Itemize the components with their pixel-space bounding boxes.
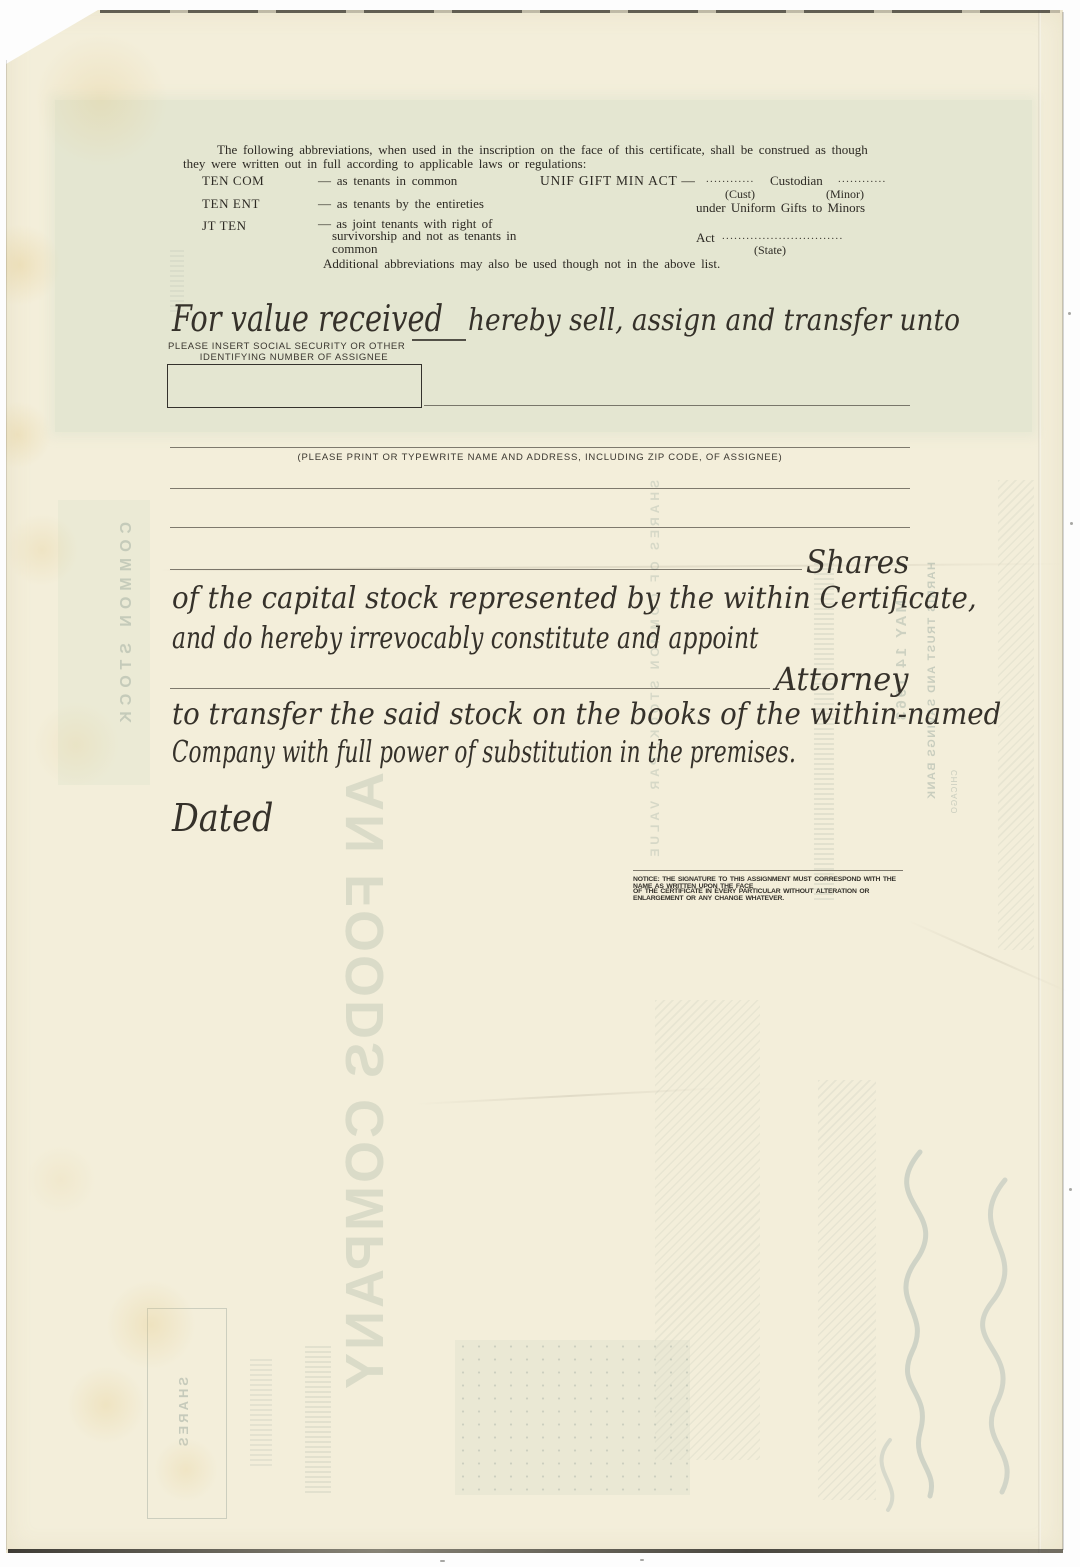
unif-act-dots: .............................. (722, 230, 844, 242)
ghost-paragraph-dots-panel (455, 1340, 690, 1495)
abbr-ten-com-def: — as tenants in common (318, 173, 457, 189)
ghost-shares-box-label: SHARES (176, 1377, 191, 1447)
ssn-entry-box (167, 364, 422, 408)
dust-speck-2 (1070, 522, 1073, 525)
ghost-text-hatch-right-upper (998, 480, 1034, 950)
scan-right-edge (1062, 12, 1064, 1550)
abbreviations-intro-line2: they were written out in full according … (183, 156, 928, 172)
print-typewrite-note: (PLEASE PRINT OR TYPEWRITE NAME AND ADDR… (170, 452, 910, 463)
capital-stock-script-line2: and do hereby irrevocably constitute and… (172, 622, 758, 655)
ghost-signature (860, 1140, 1060, 1520)
ghost-bank-city-text: CHICAGO (950, 770, 959, 860)
abbr-ten-com: TEN COM (202, 173, 264, 189)
transfer-script-line2: Company with full power of substitution … (172, 736, 796, 769)
dust-speck-5 (640, 1559, 644, 1561)
sell-assign-transfer-script: hereby sell, assign and transfer unto (468, 304, 960, 337)
transfer-script-line1: to transfer the said stock on the books … (172, 698, 1001, 731)
ghost-company-name-text: AN FOODS COMPANY (334, 772, 396, 1462)
assignee-name-line-2 (170, 488, 910, 489)
scan-bottom-edge (8, 1549, 1063, 1553)
ghost-smalltext-hatch-b (305, 1345, 331, 1493)
assignee-name-line-0 (424, 405, 910, 406)
assignee-name-line-1 (170, 447, 910, 448)
for-value-received-script: For value received (172, 300, 443, 340)
unif-gift-label: UNIF GIFT MIN ACT — (540, 173, 696, 189)
ghost-common-stock-text: COMMON STOCK (118, 522, 136, 737)
dust-speck-3 (1069, 1188, 1072, 1191)
ssn-instruction-line2: IDENTIFYING NUMBER OF ASSIGNEE (168, 352, 420, 363)
capital-stock-script-line1: of the capital stock represented by the … (172, 582, 977, 615)
ghost-smalltext-hatch-a (250, 1358, 272, 1466)
abbr-jt-ten-def: — as joint tenants with right of survivo… (318, 218, 554, 255)
shares-blank-line (170, 569, 802, 570)
abbr-ten-ent-def: — as tenants by the entireties (318, 196, 484, 212)
signature-line (633, 870, 903, 871)
scan-left-edge (6, 60, 7, 1550)
unif-act-label: Act (696, 230, 715, 246)
abbr-ten-ent: TEN ENT (202, 196, 260, 212)
attorney-blank-line (170, 688, 770, 689)
unif-state-caption: (State) (754, 243, 786, 258)
unif-custodian-label: Custodian (770, 173, 823, 189)
front-border-showthrough-band (58, 500, 150, 785)
dated-script-label: Dated (172, 798, 273, 840)
unif-under-line: under Uniform Gifts to Minors (696, 200, 865, 216)
attorney-script-label: Attorney (775, 662, 908, 697)
shares-script-label: Shares (806, 545, 909, 580)
dust-speck-4 (440, 1560, 445, 1562)
dust-speck-1 (1068, 312, 1071, 315)
assignor-blank-line (412, 339, 466, 341)
scanned-certificate-back: COMMON STOCK AN FOODS COMPANY SHARES OF … (0, 0, 1080, 1567)
abbr-jt-ten: JT TEN (202, 218, 247, 234)
ssn-instruction-line1: PLEASE INSERT SOCIAL SECURITY OR OTHER (168, 341, 405, 352)
assignee-name-line-3 (170, 527, 910, 528)
ghost-shares-box: SHARES (147, 1308, 227, 1519)
signature-notice-line2: OF THE CERTIFICATE IN EVERY PARTICULAR W… (633, 888, 909, 902)
scan-top-edge (100, 10, 1060, 13)
unif-minor-dots: ............ (838, 173, 887, 185)
abbr-additional-note: Additional abbreviations may also be use… (323, 256, 720, 272)
unif-cust-dots: ............ (706, 173, 755, 185)
